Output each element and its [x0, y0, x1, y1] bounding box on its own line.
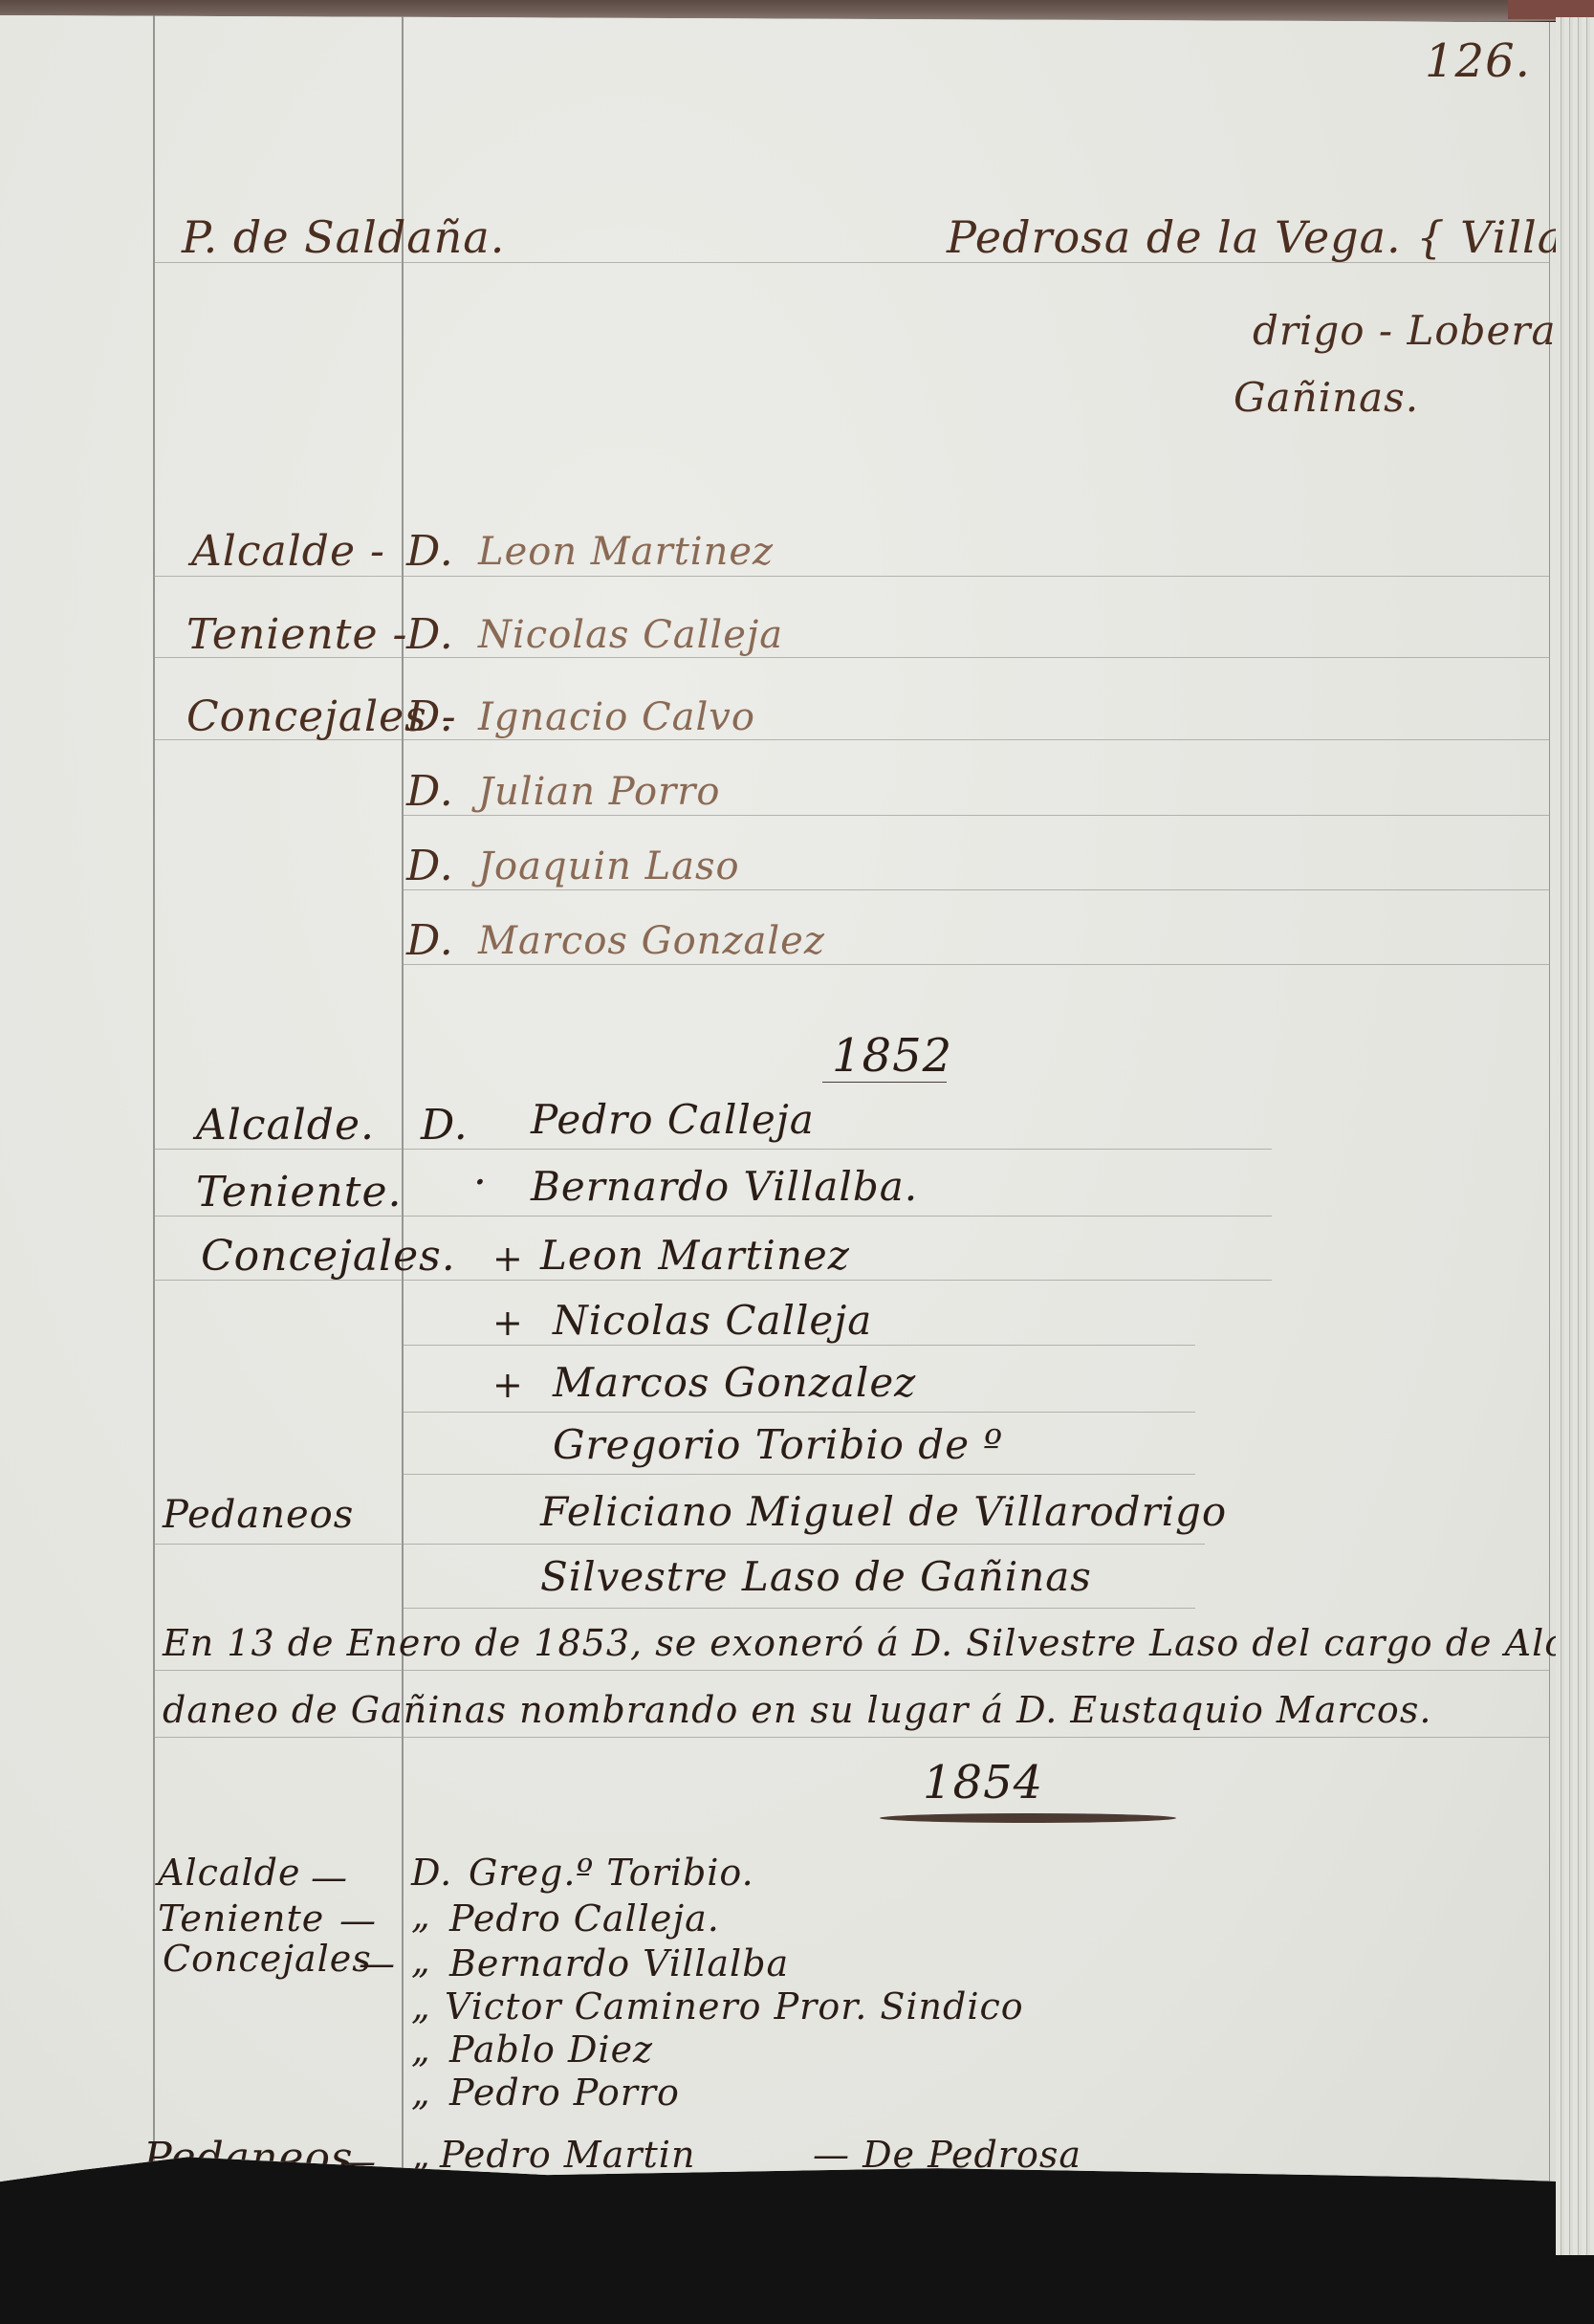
- title-mark: D.: [406, 610, 454, 659]
- person-name: Julian Porro: [478, 770, 720, 814]
- title-mark: „: [411, 2072, 431, 2114]
- year-heading-1852: 1852: [832, 1029, 952, 1083]
- year-underline: [822, 1082, 947, 1083]
- person-name: Leon Martinez: [540, 1232, 850, 1279]
- person-name: Leon Martinez: [478, 530, 774, 574]
- manuscript-page: 126. P. de Saldaña. Pedrosa de la Vega. …: [0, 15, 1563, 2253]
- left-margin-rule: [153, 15, 155, 2253]
- person-name: Marcos Gonzalez: [478, 919, 825, 963]
- role-label: Pedaneos: [143, 2134, 354, 2182]
- ruled-line: [402, 889, 1549, 890]
- place-name: — de Villarrodrigo: [813, 2179, 1170, 2221]
- person-name: Bernardo Villalba: [449, 1942, 789, 1984]
- title-mark: „: [411, 1895, 431, 1937]
- person-name: Gregorio Toribio de º: [553, 1421, 1003, 1468]
- person-name: Marcos Gonzalez: [553, 1359, 916, 1406]
- title-mark: „: [411, 2134, 431, 2176]
- title-mark: D.: [406, 842, 454, 890]
- person-name: Nicolas Calleja: [478, 613, 783, 657]
- cross-mark: +: [492, 1302, 524, 1344]
- ruled-line: [402, 1608, 1195, 1609]
- dash: —: [339, 1899, 377, 1941]
- title-mark: „: [411, 1985, 431, 2028]
- year-flourish: [880, 1813, 1176, 1823]
- year-heading-1854: 1854: [923, 1756, 1043, 1809]
- person-name: Greg.º Toribio.: [469, 1852, 754, 1894]
- book-cover-corner: [1508, 0, 1594, 19]
- title-mark: D.: [406, 527, 454, 576]
- person-name: Ignacio Calvo: [478, 695, 755, 739]
- municipality-heading-line1: Pedrosa de la Vega. { Villaro-: [947, 211, 1594, 263]
- ruled-line: [153, 1670, 1549, 1671]
- annotation-line-2: daneo de Gañinas nombrando en su lugar á…: [163, 1689, 1431, 1731]
- role-label: Concejales.: [201, 1232, 456, 1281]
- role-label: Pedaneos: [163, 1493, 354, 1537]
- role-label: Alcalde: [158, 1852, 301, 1894]
- ruled-line: [402, 1474, 1195, 1475]
- role-label: Alcalde.: [196, 1101, 375, 1150]
- person-name: Victor Caminero Pror. Sindico: [445, 1985, 1024, 2028]
- ruled-line: [402, 964, 1549, 965]
- ruled-line: [153, 1737, 1549, 1738]
- title-mark: D.: [406, 767, 454, 816]
- title-mark: D.: [421, 1101, 469, 1150]
- person-name: Nicolas Calleja: [553, 1297, 872, 1344]
- role-label: Teniente.: [196, 1168, 402, 1217]
- role-label: Alcalde -: [191, 527, 385, 576]
- person-name: Santos Machon: [421, 2179, 718, 2221]
- person-name: Joaquin Laso: [478, 844, 740, 888]
- column-divider-rule: [402, 15, 404, 2253]
- ruled-line: [153, 1544, 1205, 1545]
- district-heading: P. de Saldaña.: [182, 211, 505, 263]
- place-name: — De Pedrosa: [813, 2134, 1081, 2176]
- person-name: Pablo Diez: [449, 2028, 653, 2071]
- municipality-heading-line2: drigo - Lobera y: [1253, 307, 1594, 354]
- dash: —: [311, 1856, 348, 1898]
- title-mark: „: [411, 1940, 431, 1982]
- title-mark: „: [411, 2028, 431, 2071]
- dash: —: [359, 1942, 396, 1984]
- ruled-line: [402, 1412, 1195, 1413]
- title-mark: D.: [406, 692, 454, 741]
- title-mark: ·: [473, 1158, 488, 1207]
- cross-mark: +: [492, 1364, 524, 1406]
- title-mark: D.: [411, 1852, 452, 1894]
- ruled-line: [402, 1345, 1195, 1346]
- person-name: Bernardo Villalba.: [531, 1163, 918, 1210]
- title-mark: D.: [406, 916, 454, 965]
- folio-number: 126.: [1425, 34, 1531, 88]
- person-name: Pedro Calleja.: [449, 1897, 720, 1940]
- cross-mark: +: [492, 1238, 524, 1280]
- person-name: Pedro Calleja: [531, 1096, 815, 1143]
- role-label: Teniente: [158, 1897, 324, 1940]
- catchword: En: [1487, 2181, 1539, 2224]
- ruled-line: [402, 815, 1549, 816]
- annotation-line-1: En 13 de Enero de 1853, se exoneró á D. …: [163, 1622, 1594, 1664]
- page-edge-stack: [1556, 17, 1594, 2255]
- municipality-heading-line3: Gañinas.: [1234, 374, 1419, 421]
- person-name: Feliciano Miguel de Villarodrigo: [540, 1488, 1227, 1535]
- ruled-line: [153, 576, 1549, 577]
- role-label: Concejales: [163, 1938, 372, 1980]
- person-name: Silvestre Laso de Gañinas: [540, 1553, 1092, 1600]
- dash: —: [339, 2140, 377, 2182]
- person-name: Pedro Martin: [440, 2134, 695, 2176]
- role-label: Teniente -: [186, 610, 407, 659]
- person-name: Pedro Porro: [449, 2072, 680, 2114]
